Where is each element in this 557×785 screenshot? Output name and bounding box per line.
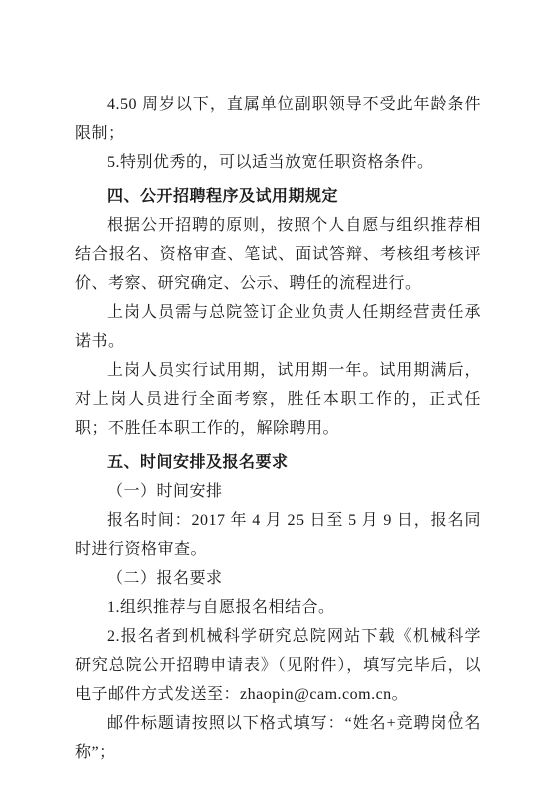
page-number: - 3 - — [441, 708, 473, 724]
paragraph-recruit-process: 根据公开招聘的原则，按照个人自愿与组织推荐相结合报名、资格审查、笔试、面试答辩、… — [75, 211, 481, 298]
paragraph-signup-time: 报名时间：2017 年 4 月 25 日至 5 月 9 日，报名同时进行资格审查… — [75, 506, 481, 564]
document-body: 4.50 周岁以下，直属单位副职领导不受此年龄条件限制； 5.特别优秀的，可以适… — [75, 90, 481, 767]
paragraph-probation: 上岗人员实行试用期，试用期一年。试用期满后，对上岗人员进行全面考察，胜任本职工作… — [75, 356, 481, 443]
list-item-age-exception: 4.50 周岁以下，直属单位副职领导不受此年龄条件限制； — [75, 90, 481, 148]
list-item-outstanding: 5.特别优秀的，可以适当放宽任职资格条件。 — [75, 148, 481, 177]
section-heading-procedure: 四、公开招聘程序及试用期规定 — [75, 182, 481, 211]
paragraph-email-title-format: 邮件标题请按照以下格式填写：“姓名+竞聘岗位名称”； — [75, 709, 481, 767]
document-page: 4.50 周岁以下，直属单位副职领导不受此年龄条件限制； 5.特别优秀的，可以适… — [0, 0, 557, 785]
section-heading-schedule: 五、时间安排及报名要求 — [75, 448, 481, 477]
list-item-download-form: 2.报名者到机械科学研究总院网站下载《机械科学研究总院公开招聘申请表》（见附件）… — [75, 622, 481, 709]
subheading-time-arrangement: （一）时间安排 — [75, 477, 481, 506]
paragraph-responsibility: 上岗人员需与总院签订企业负责人任期经营责任承诺书。 — [75, 298, 481, 356]
list-item-recommend: 1.组织推荐与自愿报名相结合。 — [75, 593, 481, 622]
subheading-signup-require: （二）报名要求 — [75, 564, 481, 593]
